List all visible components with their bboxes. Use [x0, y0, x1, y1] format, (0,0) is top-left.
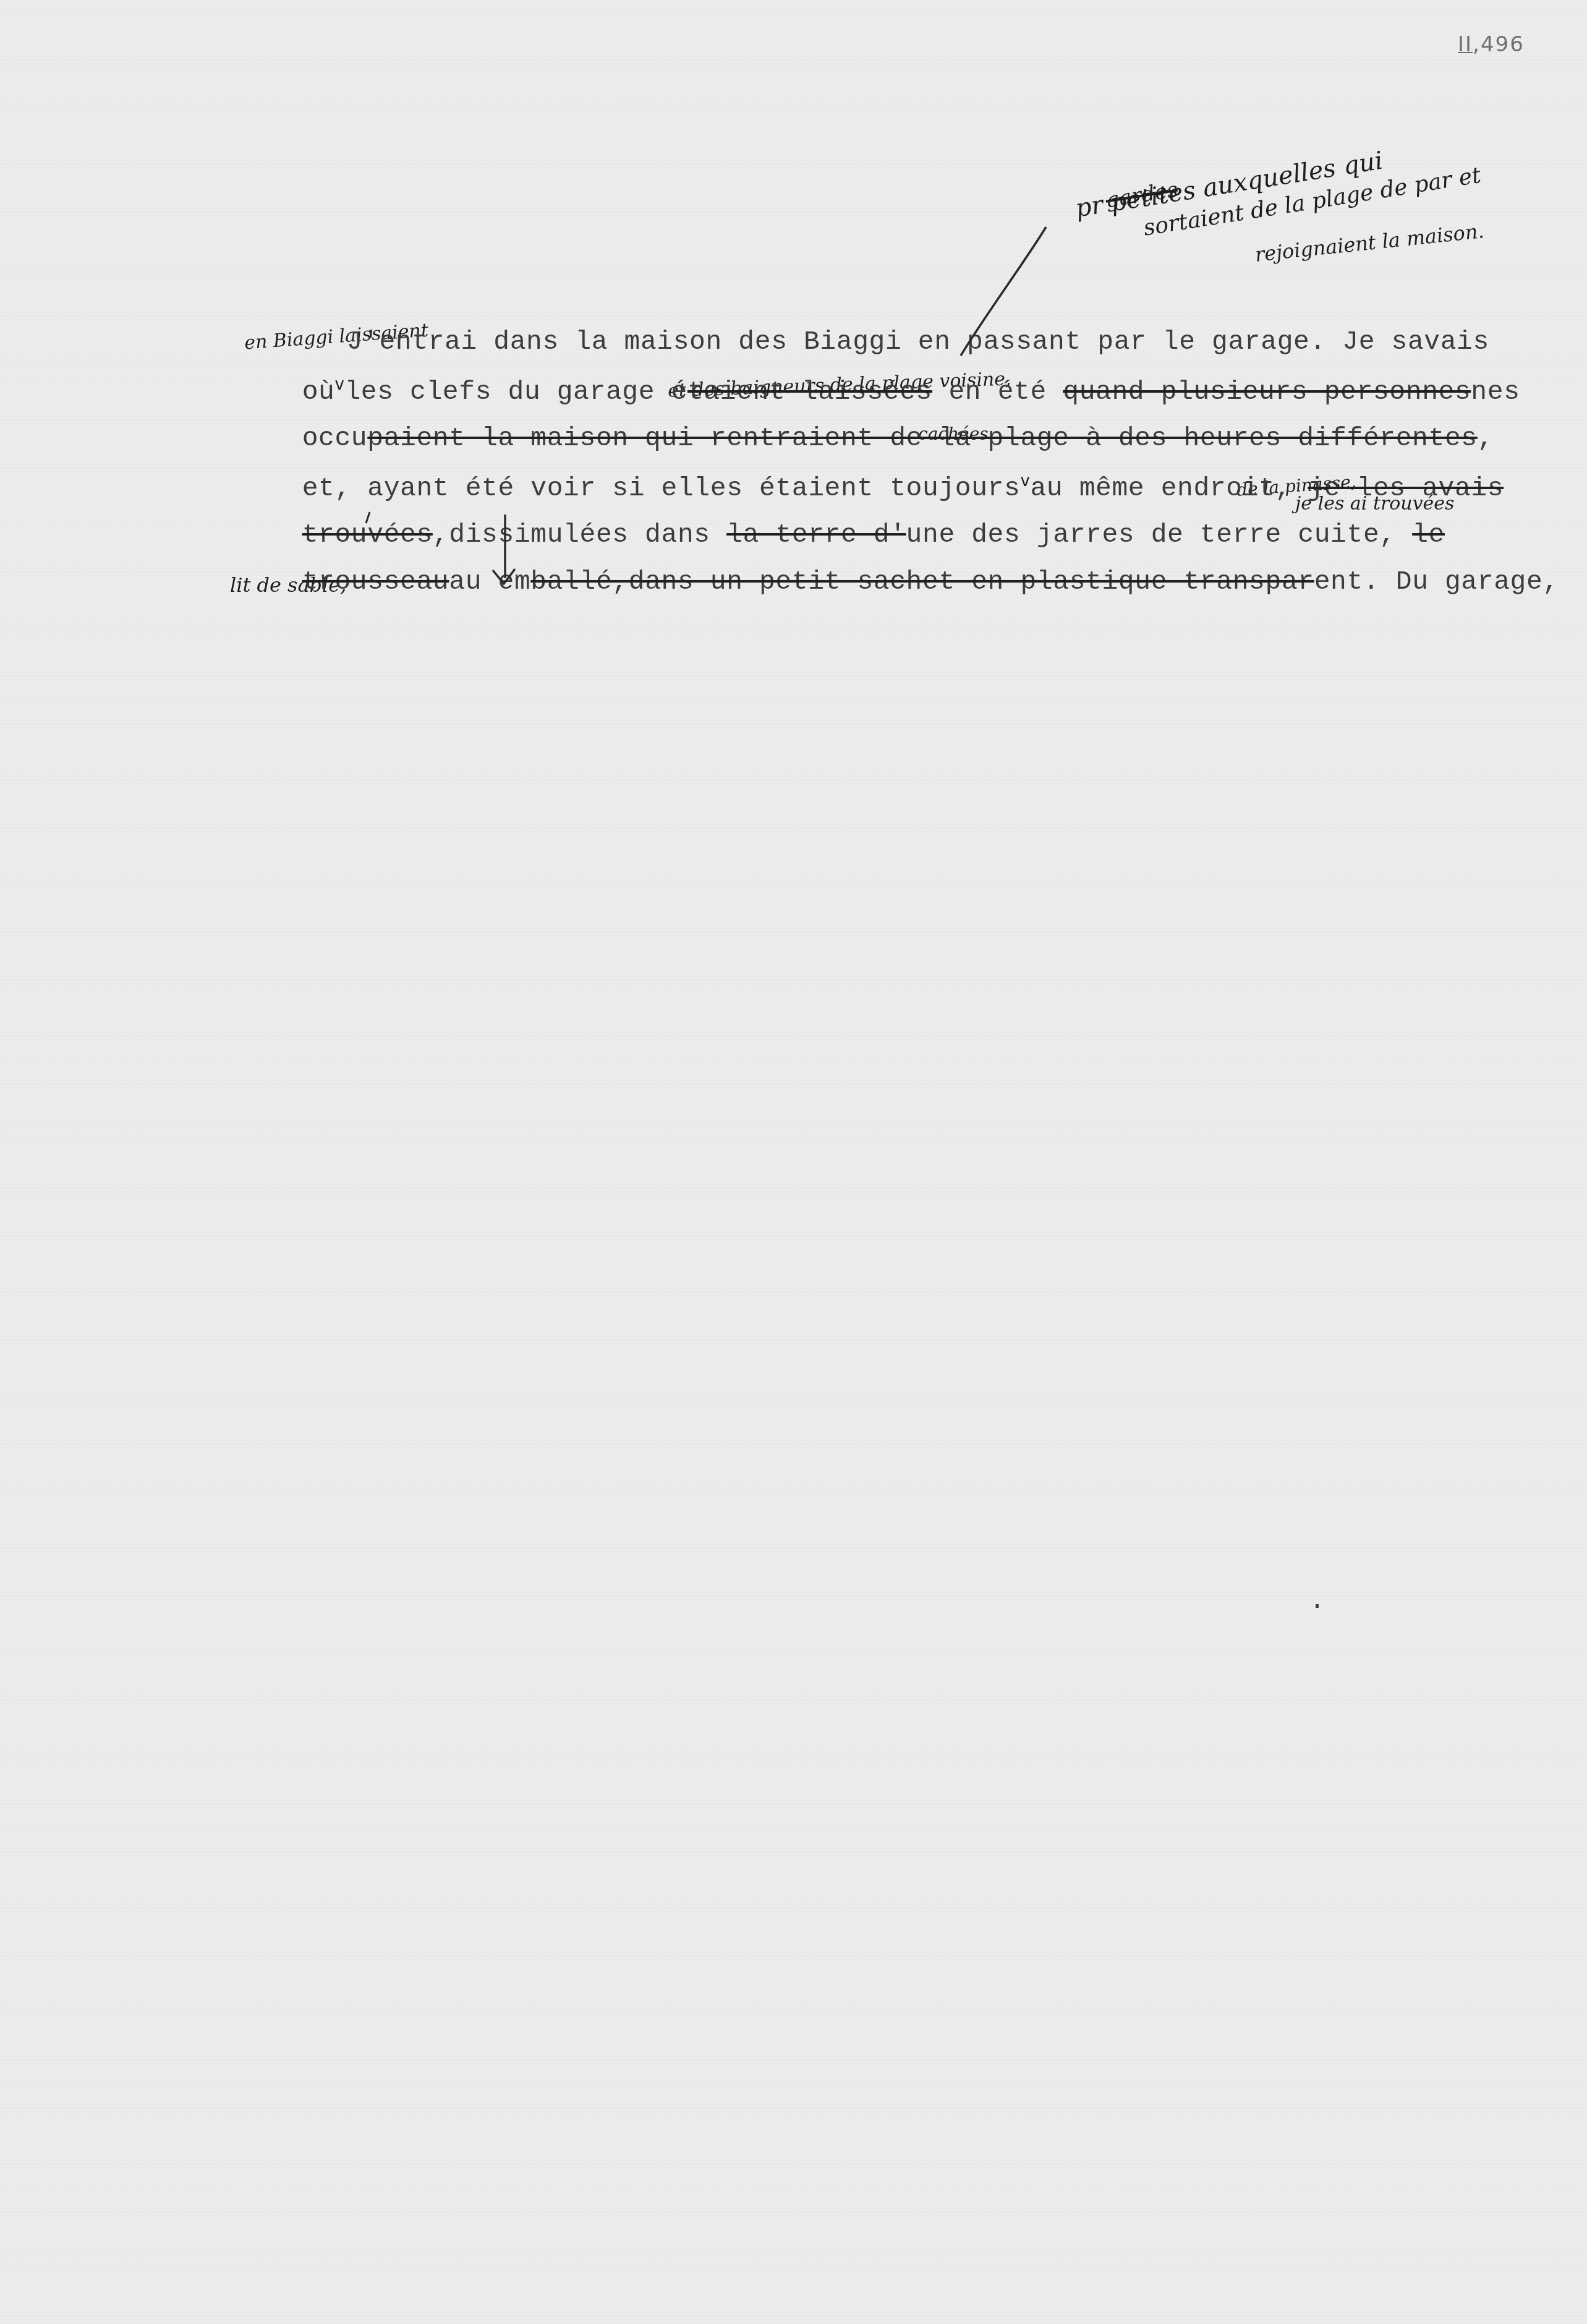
ink-speck — [1316, 1604, 1319, 1608]
folio-separator: , — [1473, 32, 1481, 57]
insertion-caret: v — [334, 375, 344, 394]
folio-number: II,496 — [1458, 32, 1525, 57]
folio-page: 496 — [1481, 32, 1525, 57]
insertion-caret: v — [1020, 472, 1030, 490]
manuscript-page: II,496 gardes pr petites auxquelles qui … — [0, 0, 1587, 2324]
folio-volume: II — [1458, 32, 1473, 57]
margin-note-line-3: rejoignaient la maison. — [1254, 221, 1485, 265]
typed-line-6: trousseauau emballé,dans un petit sachet… — [237, 542, 1559, 622]
